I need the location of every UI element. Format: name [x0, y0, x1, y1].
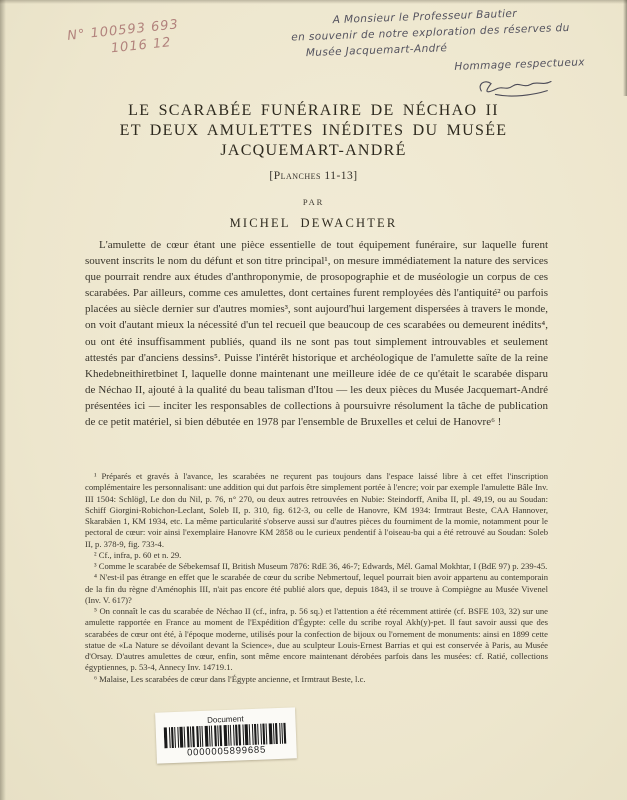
- footnote-5: ⁵ On connaît le cas du scarabée de Nécha…: [85, 606, 548, 674]
- footnote-6: ⁶ Malaise, Les scarabées de cœur dans l'…: [85, 674, 548, 685]
- article-header: LE SCARABÉE FUNÉRAIRE DE NÉCHAO II ET DE…: [0, 101, 627, 231]
- signature-scribble: [475, 71, 618, 100]
- footnotes-section: ¹ Préparés et gravés à l'avance, les sca…: [85, 471, 548, 685]
- library-barcode-sticker: Document 0000005899685: [155, 707, 297, 763]
- barcode-icon: [164, 722, 289, 748]
- footnote-3: ³ Comme le scarabée de Sébekemsaf II, Br…: [85, 561, 548, 572]
- author-name: MICHEL DEWACHTER: [0, 216, 627, 231]
- footnote-2: ² Cf., infra, p. 60 et n. 29.: [85, 550, 548, 561]
- scan-edge-right: [623, 0, 627, 96]
- accession-note: N° 100593 693 1016 12: [67, 16, 182, 62]
- footnote-1: ¹ Préparés et gravés à l'avance, les sca…: [85, 471, 548, 550]
- scan-edge-top: [0, 0, 627, 4]
- article-title-line2: ET DEUX AMULETTES INÉDITES DU MUSÉE: [0, 121, 627, 141]
- barcode-label: Document: [207, 714, 244, 724]
- article-title-line3: JACQUEMART-ANDRÉ: [0, 141, 627, 161]
- article-body-paragraph: L'amulette de cœur étant une pièce essen…: [85, 237, 548, 430]
- byline-par: PAR: [0, 197, 627, 207]
- barcode-number: 0000005899685: [187, 745, 266, 758]
- plates-reference: [Planches 11-13]: [0, 170, 627, 182]
- handwritten-dedication: A Monsieur le Professeur Bautier en souv…: [284, 2, 617, 106]
- scanned-page: N° 100593 693 1016 12 A Monsieur le Prof…: [0, 0, 627, 800]
- footnote-4: ⁴ N'est-il pas étrange en effet que le s…: [85, 572, 548, 606]
- article-title-line1: LE SCARABÉE FUNÉRAIRE DE NÉCHAO II: [0, 101, 627, 121]
